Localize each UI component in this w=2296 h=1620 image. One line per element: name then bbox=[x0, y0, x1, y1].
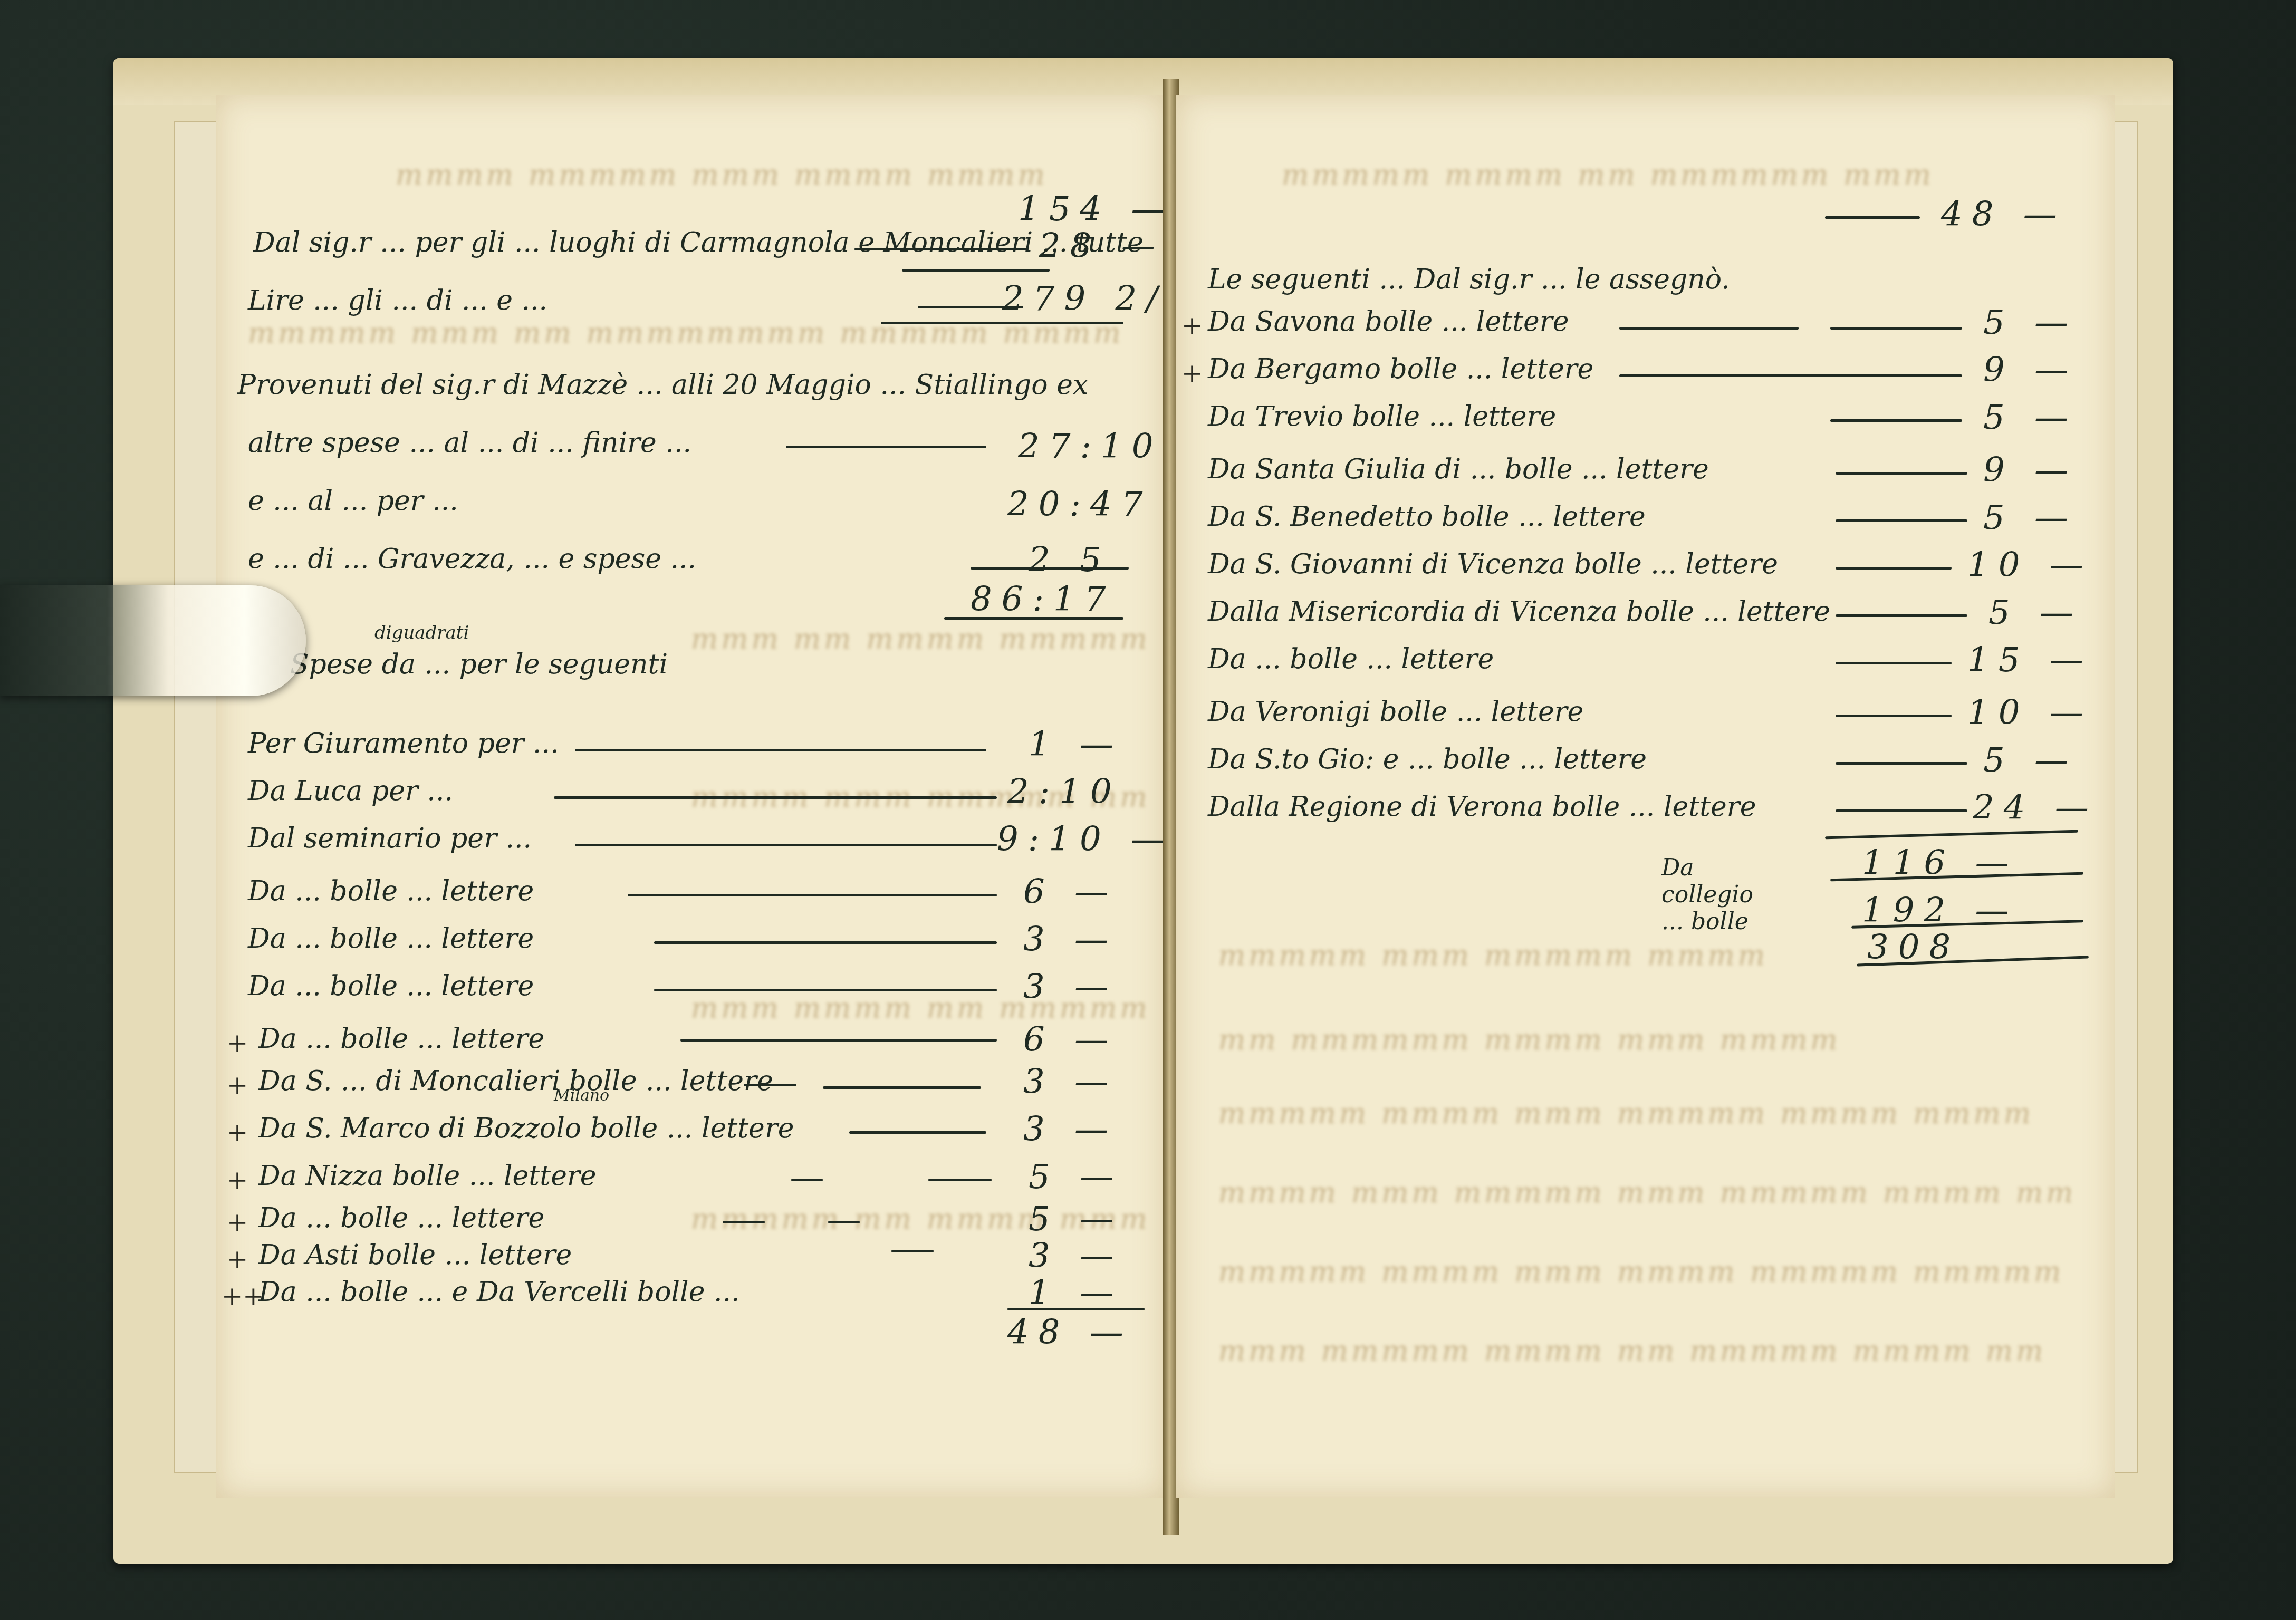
margin-cross-mark: + bbox=[227, 1118, 248, 1147]
section-heading: Spese da ... per le seguenti bbox=[290, 649, 668, 680]
itemized-entry: Da ... bolle ... lettere bbox=[258, 1202, 544, 1234]
margin-cross-mark: + bbox=[227, 1245, 248, 1274]
itemized-entry: Da S. ... di Moncalieri bolle ... letter… bbox=[258, 1065, 773, 1097]
ledger-entry: Provenuti del sig.r di Mazzè ... alli 20… bbox=[237, 369, 1088, 401]
filler-line bbox=[1836, 614, 1967, 617]
filler-line bbox=[791, 1179, 823, 1181]
entry-amount: 9 — bbox=[1983, 451, 2078, 490]
ledger-entry: Dal sig.r ... per gli ... luoghi di Carm… bbox=[253, 227, 1144, 258]
bleed-through-text: mmmm mmm mmmmm mmm mmmmm mmmm mm bbox=[1218, 1176, 2076, 1209]
entry-amount: 1 — bbox=[1029, 1274, 1123, 1313]
rule-line bbox=[1007, 1308, 1145, 1310]
header-amount: 154 — bbox=[1018, 190, 1175, 229]
entry-amount: 5 — bbox=[1988, 593, 2083, 632]
page-total: 48 — bbox=[1007, 1313, 1133, 1352]
filler-line bbox=[575, 844, 997, 846]
entry-amount: 24 — bbox=[1973, 788, 2098, 827]
rule-line bbox=[881, 322, 1123, 324]
entry-amount: 2 5 bbox=[1029, 541, 1111, 580]
ledger-entry: Dalla Regione di Verona bolle ... letter… bbox=[1208, 791, 1756, 823]
filler-line bbox=[1836, 762, 1967, 765]
margin-cross-mark: + bbox=[1181, 359, 1203, 388]
margin-cross-mark: ++ bbox=[222, 1281, 264, 1311]
rule-line bbox=[971, 567, 1129, 570]
filler-line bbox=[575, 749, 986, 751]
ledger-entry: e ... di ... Gravezza, ... e spese ... bbox=[248, 543, 696, 575]
entry-amount: 5 — bbox=[1983, 498, 2078, 537]
bleed-through-text: mmmmm mmmm mm mmmmmm mmm bbox=[1282, 158, 1934, 191]
entry-amount: 6 — bbox=[1023, 1020, 1118, 1059]
entry-amount: 10 — bbox=[1967, 693, 2093, 732]
filler-line bbox=[854, 248, 1029, 250]
ledger-entry: Da S. Giovanni di Vicenza bolle ... lett… bbox=[1208, 548, 1778, 580]
bleed-through-text: mmmmm mmm mmmmm mmmm bbox=[1218, 939, 1768, 972]
entry-amount: 5 — bbox=[1029, 1200, 1123, 1239]
entry-amount: 3 — bbox=[1023, 1063, 1118, 1102]
filler-line bbox=[823, 1086, 981, 1089]
bleed-through-text: mmm mm mmmm mmmmm bbox=[691, 622, 1150, 655]
entry-amount: 2:10 bbox=[1007, 773, 1121, 812]
section-heading-superscript: diguadrati bbox=[374, 622, 469, 643]
bleed-through-text: mm mmmmmm mmmm mmm mmmm bbox=[1218, 1023, 1841, 1056]
itemized-entry: Da Luca per ... bbox=[248, 775, 453, 807]
entry-amount: 5 — bbox=[1983, 303, 2078, 342]
entry-amount: 3 — bbox=[1023, 920, 1118, 959]
ledger-entry: Da Bergamo bolle ... lettere bbox=[1208, 353, 1593, 385]
filler-line bbox=[1619, 374, 1962, 377]
rule-line bbox=[944, 617, 1123, 620]
ledger-entry: Da S.to Gio: e ... bolle ... lettere bbox=[1208, 744, 1647, 775]
margin-cross-mark: + bbox=[227, 1208, 248, 1237]
filler-line bbox=[680, 1039, 997, 1042]
itemized-entry: Dal seminario per ... bbox=[248, 823, 532, 854]
itemized-entry: Da ... bolle ... lettere bbox=[248, 970, 534, 1002]
ledger-entry: Da Santa Giulia di ... bolle ... lettere bbox=[1208, 454, 1709, 485]
entry-amount: 5 — bbox=[1983, 398, 2078, 437]
subtotal-amount: 86:17 bbox=[971, 580, 1115, 619]
filler-line bbox=[828, 1221, 860, 1223]
filler-line bbox=[1830, 419, 1962, 422]
filler-line bbox=[1836, 715, 1952, 717]
entry-amount: 10 — bbox=[1967, 546, 2093, 585]
intro-line: Le seguenti ... Dal sig.r ... le assegnò… bbox=[1208, 264, 1730, 295]
entry-amount: 1 — bbox=[1029, 725, 1123, 764]
entry-amount: 3 — bbox=[1023, 1110, 1118, 1149]
itemized-entry: Da ... bolle ... e Da Vercelli bolle ... bbox=[258, 1276, 740, 1308]
entry-amount: 15 — bbox=[1967, 641, 2093, 680]
ledger-entry: Dalla Misericordia di Vicenza bolle ... … bbox=[1208, 596, 1830, 628]
itemized-entry: Per Giuramento per ... bbox=[248, 728, 559, 759]
entry-amount: 6 — bbox=[1023, 873, 1118, 912]
filler-line bbox=[1830, 327, 1962, 330]
filler-line bbox=[1836, 472, 1967, 475]
right-page: mmmmm mmmm mm mmmmmm mmm mmmmm mmm mmmmm… bbox=[1176, 95, 2115, 1498]
entry-amount: 5 — bbox=[1983, 741, 2078, 780]
glass-page-weight bbox=[0, 585, 306, 696]
filler-line bbox=[1836, 567, 1952, 570]
ledger-entry: altre spese ... al ... di ... finire ... bbox=[248, 427, 691, 459]
itemized-entry: Da Asti bolle ... lettere bbox=[258, 1239, 572, 1271]
ledger-entry: Da Veronigi bolle ... lettere bbox=[1208, 696, 1583, 728]
filler-line bbox=[928, 1179, 992, 1181]
filler-line bbox=[554, 796, 997, 799]
margin-cross-mark: + bbox=[227, 1165, 248, 1195]
ledger-entry: Da Trevio bolle ... lettere bbox=[1208, 401, 1556, 432]
header-amount: 48 — bbox=[1941, 195, 2067, 234]
bleed-through-text: mmmmm mmmm mmm mmmmm mmmm mmmm bbox=[1218, 1097, 2034, 1130]
itemized-entry: Da Nizza bolle ... lettere bbox=[258, 1160, 597, 1192]
entry-amount: 3 — bbox=[1023, 968, 1118, 1007]
ledger-entry: Da Savona bolle ... lettere bbox=[1208, 306, 1569, 337]
filler-line bbox=[1836, 809, 1967, 812]
insertion-note: Milano bbox=[554, 1086, 609, 1105]
entry-amount: 9:10 — bbox=[997, 820, 1174, 859]
filler-line bbox=[849, 1131, 986, 1134]
filler-line bbox=[744, 1084, 796, 1086]
filler-line bbox=[1836, 662, 1952, 664]
ledger-entry: Da ... bolle ... lettere bbox=[1208, 643, 1494, 675]
margin-cross-mark: + bbox=[1181, 311, 1203, 341]
filler-line bbox=[723, 1221, 765, 1223]
filler-line bbox=[1619, 327, 1799, 330]
itemized-entry: Da ... bolle ... lettere bbox=[248, 875, 534, 907]
itemized-entry: Da S. Marco di Bozzolo bolle ... lettere bbox=[258, 1113, 794, 1144]
itemized-entry: Da ... bolle ... lettere bbox=[258, 1023, 544, 1055]
ledger-entry: Lire ... gli ... di ... e ... bbox=[248, 285, 547, 316]
entry-amount: 3 — bbox=[1029, 1237, 1123, 1276]
filler-line bbox=[891, 1250, 934, 1252]
entry-amount: 9 — bbox=[1983, 351, 2078, 390]
bleed-through-text: mmmmm mmmm mmm mmmm mmmmm mmmmm bbox=[1218, 1255, 2064, 1288]
left-page: mmmm mmmmm mmm mmmm mmmm mmmmm mmm mm mm… bbox=[216, 95, 1167, 1498]
margin-note: Da collegio ... bolle bbox=[1661, 854, 1741, 935]
rule-line bbox=[902, 269, 1050, 272]
ledger-entry: e ... al ... per ... bbox=[248, 485, 458, 517]
filler-line bbox=[786, 446, 986, 448]
ledger-entry: Da S. Benedetto bolle ... lettere bbox=[1208, 501, 1646, 533]
filler-line bbox=[1836, 519, 1967, 522]
bleed-through-text: mmmm mmmmm mmm mmmm mmmm bbox=[396, 158, 1048, 191]
bleed-through-text: mmm mmmmm mmmm mm mmmmm mmmm mm bbox=[1218, 1334, 2046, 1367]
entry-amount: 28 — bbox=[1039, 227, 1165, 266]
rule-line bbox=[1825, 830, 2078, 840]
margin-cross-mark: + bbox=[227, 1071, 248, 1100]
itemized-entry: Da ... bolle ... lettere bbox=[248, 923, 534, 954]
entry-amount: 5 — bbox=[1029, 1158, 1123, 1197]
filler-line bbox=[654, 989, 997, 991]
filler-line bbox=[628, 894, 997, 896]
filler-line bbox=[1825, 216, 1920, 219]
filler-line bbox=[654, 941, 997, 944]
margin-cross-mark: + bbox=[227, 1028, 248, 1058]
